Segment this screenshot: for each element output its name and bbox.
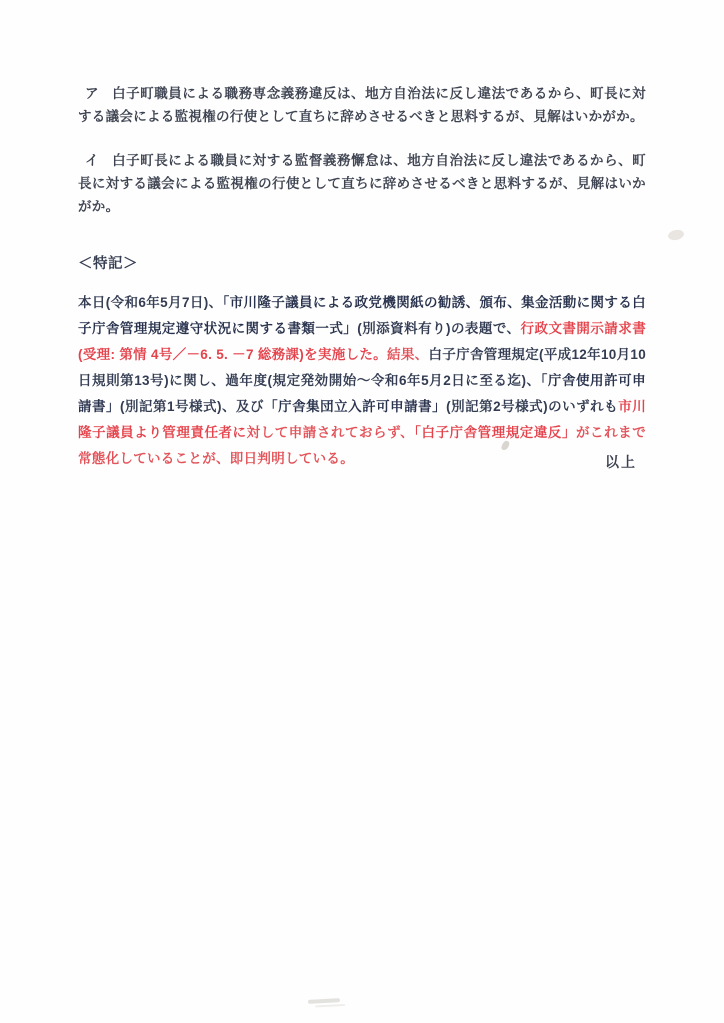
item-i-label: イ xyxy=(85,153,112,168)
note-segment: (別記第1号様式)、及び xyxy=(120,399,264,414)
special-note-paragraph: 本日(令和6年5月7日)、「市川隆子議員による政党機関紙の勧誘、頒布、集金活動に… xyxy=(78,290,646,472)
note-segment: (別添資料有り)の表題で、 xyxy=(357,321,520,336)
text-column: ア白子町職員による職務専念義務違反は、地方自治法に反し違法であるから、町長に対す… xyxy=(78,82,646,472)
question-item-a: ア白子町職員による職務専念義務違反は、地方自治法に反し違法であるから、町長に対す… xyxy=(78,82,646,128)
note-segment: 本日(令和6年5月7日)、 xyxy=(78,295,222,310)
scan-artifact xyxy=(667,228,685,241)
note-segment: (別記第2号様式)のいずれも xyxy=(446,399,618,414)
item-a-label: ア xyxy=(85,86,112,101)
note-segment: 「庁舎集団立入許可申請書」 xyxy=(264,399,446,414)
item-i-text: 白子町長による職員に対する監督義務懈怠は、地方自治法に反し違法であるから、町長に… xyxy=(78,153,646,214)
item-a-text: 白子町職員による職務専念義務違反は、地方自治法に反し違法であるから、町長に対する… xyxy=(78,86,646,124)
note-segment: 対して申請されておらず、 xyxy=(247,425,415,440)
scanned-document-page: ア白子町職員による職務専念義務違反は、地方自治法に反し違法であるから、町長に対す… xyxy=(0,0,724,1023)
document-body: ア白子町職員による職務専念義務違反は、地方自治法に反し違法であるから、町長に対す… xyxy=(0,0,646,472)
scan-artifact xyxy=(308,998,340,1004)
note-segment: 「白子庁舎管理規定違反」 xyxy=(414,425,576,440)
special-note-heading: ＜特記＞ xyxy=(78,251,646,277)
closing-mark: 以上 xyxy=(605,452,637,472)
question-item-i: イ白子町長による職員に対する監督義務懈怠は、地方自治法に反し違法であるから、町長… xyxy=(78,149,646,218)
note-segment: 結果、 xyxy=(387,347,428,362)
